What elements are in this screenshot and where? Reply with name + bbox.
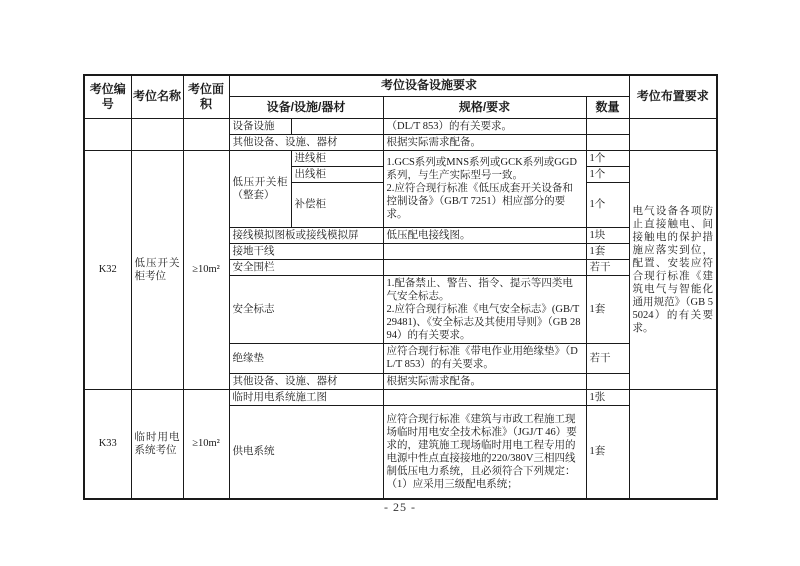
station-no-cell: K33: [84, 389, 131, 499]
equipment-subitem-cell: 补偿柜: [291, 182, 383, 227]
spec-cell: [383, 243, 586, 259]
equipment-group-cell: 低压开关柜（整套）: [229, 150, 291, 227]
layout-req-cell: 电气设备各项防止直接触电、间接触电的保护措施应落实到位，配置、安装应符合现行标准…: [629, 150, 717, 389]
qty-cell: 1块: [586, 227, 629, 243]
station-requirements-table: 考位编号 考位名称 考位面积 考位设备设施要求 考位布置要求 设备/设施/器材 …: [83, 74, 718, 500]
station-area-cell: ≥10m²: [183, 389, 229, 499]
equipment-cell: 接线模拟图板或接线模拟屏: [229, 227, 383, 243]
col-header-spec: 规格/要求: [383, 96, 586, 118]
qty-cell: [586, 118, 629, 134]
table-row: 设备设施 （DL/T 853）的有关要求。: [84, 118, 717, 134]
qty-cell: [586, 373, 629, 389]
col-header-station-no: 考位编号: [84, 75, 131, 118]
spec-cell: （DL/T 853）的有关要求。: [383, 118, 586, 134]
equipment-cell: 安全围栏: [229, 259, 383, 275]
col-header-equipment-requirements: 考位设备设施要求: [229, 75, 629, 96]
station-area-cell: [183, 118, 229, 150]
station-area-cell: ≥10m²: [183, 150, 229, 389]
col-header-station-area: 考位面积: [183, 75, 229, 118]
station-name-cell: 低压开关柜考位: [131, 150, 183, 389]
spec-cell: 应符合现行标准《建筑与市政工程施工现场临时用电安全技术标准》（JGJ/T 46）…: [383, 405, 586, 499]
document-page: 考位编号 考位名称 考位面积 考位设备设施要求 考位布置要求 设备/设施/器材 …: [0, 0, 800, 566]
col-header-equipment: 设备/设施/器材: [229, 96, 383, 118]
station-name-cell: 临时用电系统考位: [131, 389, 183, 499]
spec-cell: 应符合现行标准《带电作业用绝缘垫》（DL/T 853）的有关要求。: [383, 343, 586, 373]
station-no-cell: [84, 118, 131, 150]
spec-cell: [383, 389, 586, 405]
layout-req-cell: [629, 118, 717, 150]
qty-cell: 1个: [586, 150, 629, 166]
equipment-cell: 安全标志: [229, 275, 383, 343]
qty-cell: 1个: [586, 166, 629, 182]
table-row: K32 低压开关柜考位 ≥10m² 低压开关柜（整套） 进线柜 1.GCS系列或…: [84, 150, 717, 166]
equipment-cell: 接地干线: [229, 243, 383, 259]
qty-cell: 1套: [586, 405, 629, 499]
qty-cell: [586, 134, 629, 150]
equipment-cell: 供电系统: [229, 405, 383, 499]
table-row: K33 临时用电系统考位 ≥10m² 临时用电系统施工图 1张: [84, 389, 717, 405]
page-number: - 25 -: [0, 500, 800, 515]
equipment-subitem-cell: [291, 118, 383, 134]
qty-cell: 若干: [586, 259, 629, 275]
col-header-station-name: 考位名称: [131, 75, 183, 118]
equipment-cell: 其他设备、设施、器材: [229, 373, 383, 389]
equipment-cell: 绝缘垫: [229, 343, 383, 373]
layout-req-cell: [629, 389, 717, 499]
qty-cell: 1套: [586, 243, 629, 259]
equipment-group-cell: 设备设施: [229, 118, 291, 134]
equipment-subitem-cell: 进线柜: [291, 150, 383, 166]
station-name-cell: [131, 118, 183, 150]
spec-cell: [383, 259, 586, 275]
col-header-layout-requirements: 考位布置要求: [629, 75, 717, 118]
qty-cell: 若干: [586, 343, 629, 373]
spec-cell: 1.配备禁止、警告、指令、提示等四类电气安全标志。 2.应符合现行标准《电气安全…: [383, 275, 586, 343]
spec-cell: 1.GCS系列或MNS系列或GCK系列或GGD系列，与生产实际型号一致。 2.应…: [383, 150, 586, 227]
equipment-subitem-cell: 出线柜: [291, 166, 383, 182]
equipment-cell: 其他设备、设施、器材: [229, 134, 383, 150]
equipment-cell: 临时用电系统施工图: [229, 389, 383, 405]
col-header-quantity: 数量: [586, 96, 629, 118]
spec-cell: 低压配电接线图。: [383, 227, 586, 243]
spec-cell: 根据实际需求配备。: [383, 134, 586, 150]
qty-cell: 1张: [586, 389, 629, 405]
qty-cell: 1个: [586, 182, 629, 227]
spec-cell: 根据实际需求配备。: [383, 373, 586, 389]
qty-cell: 1套: [586, 275, 629, 343]
station-no-cell: K32: [84, 150, 131, 389]
